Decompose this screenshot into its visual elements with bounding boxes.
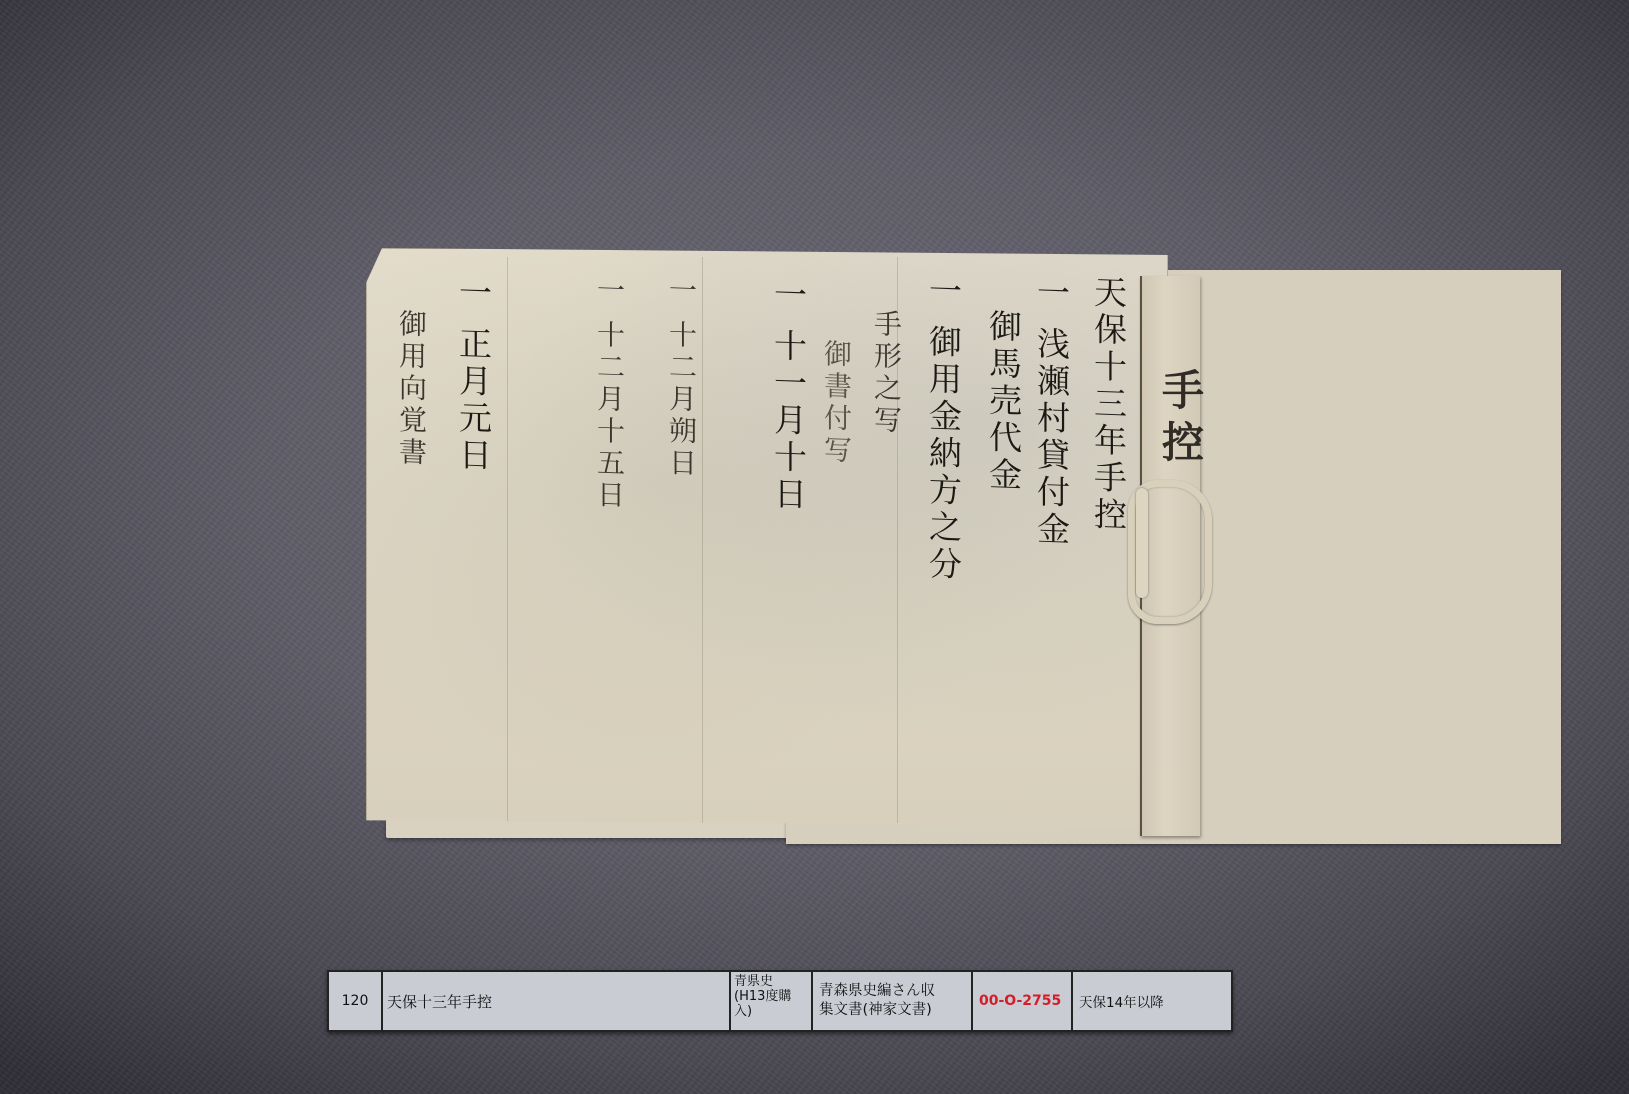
fold-line	[507, 257, 508, 823]
label-date: 天保14年以降	[1073, 972, 1231, 1030]
fold-line	[702, 257, 703, 823]
binding-string	[1136, 488, 1148, 598]
label-number: 120	[329, 972, 383, 1030]
manuscript-column: 御用向覚書	[397, 309, 425, 470]
manuscript-sheet: 天保十三年手控 一 浅瀬村貸付金 御馬売代金 一 御用金納方之分 手形之写 御書…	[366, 248, 1168, 832]
manuscript-column: 一 浅瀬村貸付金	[1035, 274, 1068, 549]
label-collection-line: 集文書(神家文書)	[819, 1001, 935, 1020]
label-source-line: 入)	[734, 1004, 791, 1019]
catalog-label: 120 天保十三年手控 青県史 (H13度購 入) 青森県史編さん収 集文書(神…	[327, 970, 1233, 1032]
label-title: 天保十三年手控	[383, 972, 731, 1030]
label-catalog-id: 00-O-2755	[973, 972, 1073, 1030]
manuscript-column: 手形之写	[872, 309, 900, 438]
manuscript-column: 御書付写	[822, 339, 850, 468]
label-source: 青県史 (H13度購 入)	[731, 972, 813, 1030]
manuscript-column: 一 正月元日	[457, 274, 490, 475]
manuscript-column: 天保十三年手控	[1092, 274, 1125, 534]
catalog-id-text: 00-O-2755	[979, 993, 1061, 1009]
manuscript-document: 天保十三年手控 一 浅瀬村貸付金 御馬売代金 一 御用金納方之分 手形之写 御書…	[366, 248, 1204, 838]
label-collection-line: 青森県史編さん収	[819, 982, 935, 1001]
manuscript-column: 一 十二月十五日	[595, 275, 623, 513]
label-source-line: 青県史	[734, 974, 791, 989]
manuscript-column: 一 十一月十日	[772, 276, 805, 514]
cover-title: 手控	[1150, 368, 1210, 472]
label-collection: 青森県史編さん収 集文書(神家文書)	[813, 972, 973, 1030]
manuscript-column: 一 御用金納方之分	[927, 272, 960, 584]
label-source-line: (H13度購	[734, 989, 791, 1004]
manuscript-column: 一 十二月朔日	[667, 275, 695, 481]
manuscript-column: 御馬売代金	[987, 308, 1020, 494]
